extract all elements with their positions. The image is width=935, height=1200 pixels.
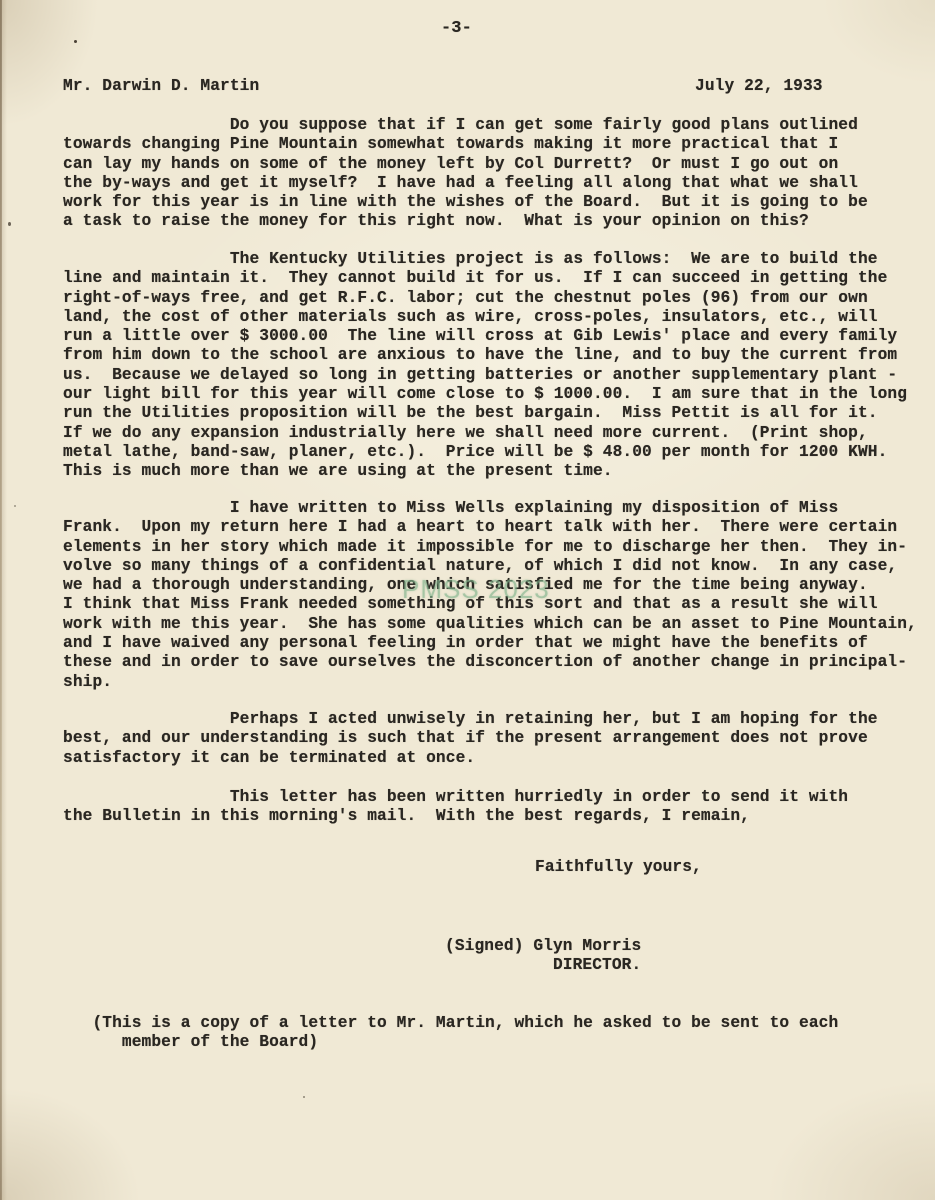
recipient-name: Mr. Darwin D. Martin (63, 77, 259, 96)
paper-speck (74, 40, 77, 43)
archive-watermark: PMSS 2023 (402, 575, 550, 603)
paper-speck (303, 1096, 305, 1098)
page-number: -3- (441, 19, 472, 38)
paper-speck (8, 222, 11, 226)
postscript-note: (This is a copy of a letter to Mr. Marti… (63, 1014, 838, 1053)
letter-date: July 22, 1933 (695, 77, 823, 96)
paragraph-2: The Kentucky Utilities project is as fol… (63, 250, 907, 482)
paper-speck (14, 505, 16, 507)
valediction: Faithfully yours, (535, 858, 702, 877)
paragraph-1: Do you suppose that if I can get some fa… (63, 116, 868, 232)
paragraph-5: This letter has been written hurriedly i… (63, 788, 848, 827)
paper-left-edge (0, 0, 2, 1200)
paragraph-4: Perhaps I acted unwisely in retaining he… (63, 710, 878, 768)
letter-page: -3- Mr. Darwin D. Martin July 22, 1933 D… (0, 0, 935, 1200)
signature-block: (Signed) Glyn Morris DIRECTOR. (445, 937, 641, 976)
